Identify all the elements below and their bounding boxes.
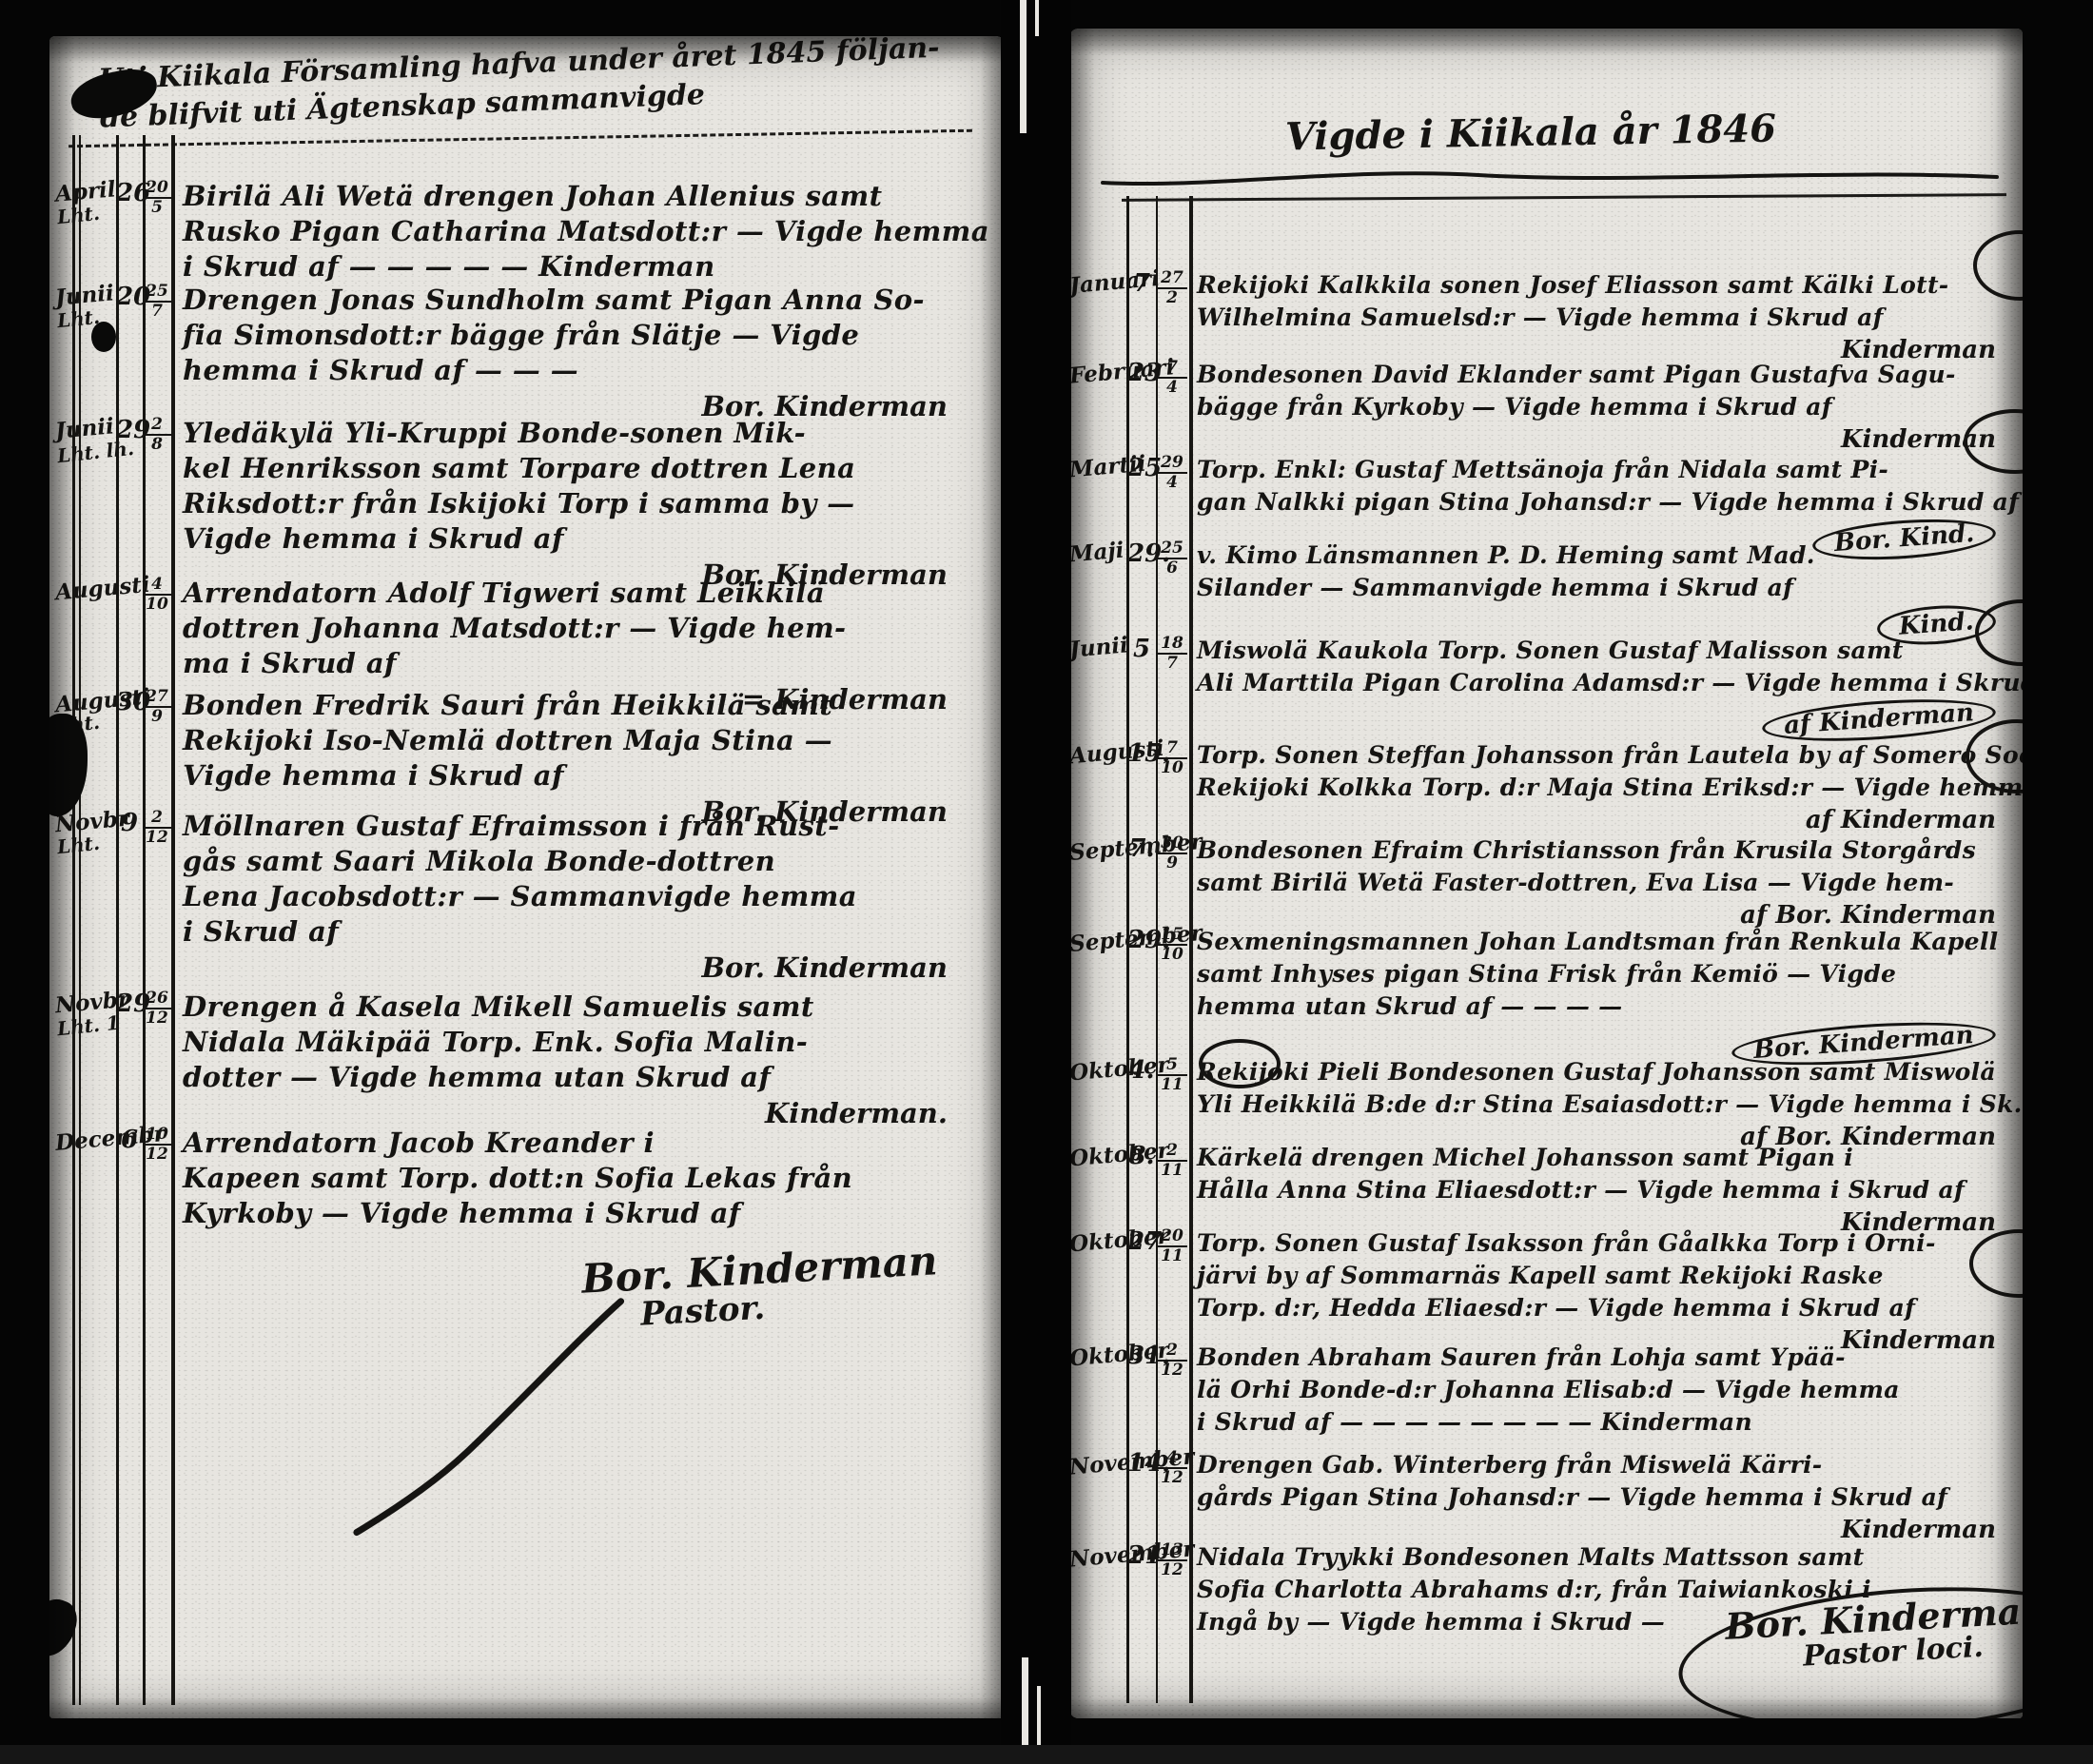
banns-denominator: 6: [1157, 559, 1187, 578]
register-entry: September29.1510Sexmeningsmannen Johan L…: [1069, 926, 2023, 1063]
entry-text-line: Rekijoki Pieli Bondesonen Gustaf Johanss…: [1197, 1056, 2023, 1088]
register-entry: Decembr61012Arrendatorn Jacob Kreander i…: [49, 1126, 1008, 1231]
entry-text-line: kel Henriksson samt Torpare dottren Lena: [183, 451, 999, 486]
entry-text: Bondesonen David Eklander samt Pigan Gus…: [1197, 359, 2023, 423]
entry-banns-date: 1510: [1157, 926, 1187, 964]
banns-numerator: 15: [1157, 926, 1187, 946]
entry-text: Drengen Jonas Sundholm samt Pigan Anna S…: [183, 283, 999, 388]
entry-day: 8.: [1127, 1142, 1156, 1170]
entry-text-line: Nidala Mäkipää Torp. Enk. Sofia Malin-: [183, 1025, 999, 1060]
entry-text: Rekijoki Pieli Bondesonen Gustaf Johanss…: [1197, 1056, 2023, 1121]
entry-text: Bonden Abraham Sauren från Lohja samt Yp…: [1197, 1342, 2023, 1439]
register-entry: NovbrLht. 1292612Drengen å Kasela Mikell…: [49, 990, 1008, 1129]
entry-text-line: gårds Pigan Stina Johansd:r — Vigde hemm…: [1197, 1481, 2023, 1514]
entry-text: Rekijoki Kalkkila sonen Josef Eliasson s…: [1197, 269, 2023, 334]
entry-month-note: Lht.: [56, 832, 101, 859]
entry-text-line: fia Simonsdott:r bägge från Slätje — Vig…: [183, 318, 999, 353]
banns-numerator: 4: [143, 576, 171, 596]
entry-text: Yledäkylä Yli-Kruppi Bonde-sonen Mik-kel…: [183, 416, 999, 557]
entry-day: 25: [1127, 454, 1156, 482]
register-entry: Junii5187Miswolä Kaukola Torp. Sonen Gus…: [1069, 635, 2023, 739]
entry-text-line: Rekijoki Kalkkila sonen Josef Eliasson s…: [1197, 269, 2023, 302]
banns-numerator: 30: [1157, 834, 1187, 854]
entry-text-line: Rekijoki Iso-Nemlä dottren Maja Stina —: [183, 723, 999, 758]
banns-numerator: 25: [143, 283, 171, 303]
entry-signature: Bor. Kinderman: [49, 951, 1008, 984]
banns-denominator: 12: [1157, 1561, 1187, 1579]
entry-text: Birilä Ali Wetä drengen Johan Allenius s…: [183, 179, 999, 284]
entry-banns-date: 511: [1157, 1056, 1187, 1094]
banns-numerator: 27: [1157, 269, 1187, 289]
entry-text-line: samt Birilä Wetä Faster-dottren, Eva Lis…: [1197, 867, 2023, 899]
entry-banns-date: 2011: [1157, 1227, 1187, 1265]
binding-thread: [1020, 0, 1027, 133]
register-entry: Oktober272011Torp. Sonen Gustaf Isaksson…: [1069, 1227, 2023, 1355]
entry-text-line: Arrendatorn Jacob Kreander i: [183, 1126, 999, 1161]
banns-denominator: 11: [1157, 1162, 1187, 1180]
register-scan: Uti Kiikala Församling hafva under året …: [0, 0, 2093, 1764]
entry-banns-date: 412: [1157, 1449, 1187, 1487]
entry-day: 29.: [1127, 926, 1156, 954]
banns-denominator: 12: [143, 829, 171, 847]
register-entry: NovbrLht.9212Möllnaren Gustaf Efraimsson…: [49, 809, 1008, 984]
entry-day: 30: [116, 688, 143, 716]
banns-numerator: 13: [1157, 1541, 1187, 1561]
entry-text-line: järvi by af Sommarnäs Kapell samt Rekijo…: [1197, 1260, 2023, 1292]
entry-text: Kärkelä drengen Michel Johansson samt Pi…: [1197, 1142, 2023, 1206]
entry-day: 31.: [1127, 1342, 1156, 1370]
register-entry: JuniiLht. lh.2928Yledäkylä Yli-Kruppi Bo…: [49, 416, 1008, 591]
entry-text: Drengen Gab. Winterberg från Miswelä Kär…: [1197, 1449, 2023, 1514]
entry-day: 21: [1127, 1541, 1156, 1570]
banns-denominator: 8: [143, 436, 171, 454]
register-entry: AugustiLht.30279Bonden Fredrik Sauri frå…: [49, 688, 1008, 828]
banns-denominator: 4: [1157, 474, 1187, 492]
entry-month: Maji: [1069, 538, 1125, 568]
entry-banns-date: 211: [1157, 1142, 1187, 1180]
entry-banns-date: 1312: [1157, 1541, 1187, 1579]
entry-month-note: Lht.: [56, 202, 101, 229]
ink-flourish: [1199, 1039, 1281, 1088]
entry-day: 29: [116, 416, 143, 444]
entry-text-line: Vigde hemma i Skrud af: [183, 521, 999, 557]
banns-numerator: 2: [1157, 1142, 1187, 1162]
banns-denominator: 10: [1157, 946, 1187, 964]
register-entry: Maji29.256v. Kimo Länsmannen P. D. Hemin…: [1069, 539, 2023, 644]
entry-text-line: gan Nalkki pigan Stina Johansd:r — Vigde…: [1197, 486, 2023, 519]
entry-day: 7: [1127, 269, 1156, 298]
entry-text-line: i Skrud af — — — — — — — — Kinderman: [1197, 1406, 2023, 1439]
ink-blot: [91, 322, 116, 352]
entry-banns-date: 187: [1157, 635, 1187, 673]
entry-month: Augusti: [54, 572, 151, 606]
entry-text-line: Vigde hemma i Skrud af: [183, 758, 999, 794]
entry-text: Torp. Sonen Gustaf Isaksson från Gåalkka…: [1197, 1227, 2023, 1324]
entry-text-line: hemma utan Skrud af — — — —: [1197, 990, 2023, 1023]
entry-day: 7.: [1127, 834, 1156, 863]
entry-text-line: Nidala Tryykki Bondesonen Malts Mattsson…: [1197, 1541, 2023, 1574]
entry-text-line: Bondesonen David Eklander samt Pigan Gus…: [1197, 359, 2023, 391]
entry-text: v. Kimo Länsmannen P. D. Heming samt Mad…: [1197, 539, 2023, 604]
entry-text-line: Arrendatorn Adolf Tigweri samt Leikkilä: [183, 576, 999, 611]
entry-banns-date: 212: [1157, 1342, 1187, 1380]
entry-signature: af Kinderman: [1069, 806, 2023, 834]
register-entry: Oktober31.212Bonden Abraham Sauren från …: [1069, 1342, 2023, 1439]
entry-day: 29.: [1127, 539, 1156, 568]
scan-edge: [0, 1745, 2093, 1764]
entry-text-line: Yli Heikkilä B:de d:r Stina Esaiasdott:r…: [1197, 1088, 2023, 1121]
entry-signature: Kinderman.: [49, 1097, 1008, 1129]
entry-text-line: bägge från Kyrkoby — Vigde hemma i Skrud…: [1197, 391, 2023, 423]
banns-numerator: 5: [1157, 1056, 1187, 1076]
banns-denominator: 10: [143, 596, 171, 614]
entry-banns-date: 279: [143, 688, 171, 726]
entry-text: Arrendatorn Adolf Tigweri samt Leikkiläd…: [183, 576, 999, 681]
entry-text-line: Riksdott:r från Iskijoki Torp i samma by…: [183, 486, 999, 521]
entry-text-line: Möllnaren Gustaf Efraimsson i från Rust-: [183, 809, 999, 844]
banns-numerator: 27: [143, 688, 171, 708]
entry-text-line: Ali Marttila Pigan Carolina Adamsd:r — V…: [1197, 667, 2023, 699]
banns-denominator: 12: [143, 1009, 171, 1028]
entry-text: Sexmeningsmannen Johan Landtsman från Re…: [1197, 926, 2023, 1023]
banns-denominator: 2: [1157, 289, 1187, 307]
register-entry: Oktober8.211Kärkelä drengen Michel Johan…: [1069, 1142, 2023, 1237]
entry-signature: Kinderman: [1069, 425, 2023, 454]
banns-denominator: 11: [1157, 1076, 1187, 1094]
entry-day: 14.: [1127, 1449, 1156, 1478]
entry-text-line: Miswolä Kaukola Torp. Sonen Gustaf Malis…: [1197, 635, 2023, 667]
entry-text: Drengen å Kasela Mikell Samuelis samtNid…: [183, 990, 999, 1095]
entry-banns-date: 74: [1157, 359, 1187, 397]
banns-numerator: 4: [1157, 1449, 1187, 1469]
register-entry: Februari2374Bondesonen David Eklander sa…: [1069, 359, 2023, 454]
entry-banns-date: 294: [1157, 454, 1187, 492]
entry-text-line: hemma i Skrud af — — —: [183, 353, 999, 388]
entry-text-line: Kyrkoby — Vigde hemma i Skrud af: [183, 1196, 999, 1231]
banns-denominator: 5: [143, 199, 171, 217]
register-entry: November14.412Drengen Gab. Winterberg fr…: [1069, 1449, 2023, 1544]
entry-text-line: ma i Skrud af: [183, 646, 999, 681]
register-entry: September7.309Bondesonen Efraim Christia…: [1069, 834, 2023, 930]
entry-text-line: Wilhelmina Samuelsd:r — Vigde hemma i Sk…: [1197, 302, 2023, 334]
banns-denominator: 9: [1157, 854, 1187, 872]
entry-text-line: lä Orhi Bonde-d:r Johanna Elisab:d — Vig…: [1197, 1374, 2023, 1406]
banns-denominator: 10: [1157, 759, 1187, 777]
right-page-entries: Januari7272Rekijoki Kalkkila sonen Josef…: [1069, 29, 2023, 1718]
entry-text-line: Bonden Fredrik Sauri från Heikkilä samt: [183, 688, 999, 723]
banns-denominator: 7: [143, 303, 171, 321]
entry-month: Junii: [1069, 632, 1129, 662]
register-entry: Augusti15.710Torp. Sonen Steffan Johanss…: [1069, 739, 2023, 834]
entry-text-line: Sexmeningsmannen Johan Landtsman från Re…: [1197, 926, 2023, 958]
entry-day: 6: [116, 1126, 143, 1154]
entry-text-line: Drengen å Kasela Mikell Samuelis samt: [183, 990, 999, 1025]
banns-numerator: 7: [1157, 359, 1187, 379]
banns-numerator: 20: [143, 179, 171, 199]
banns-numerator: 2: [143, 809, 171, 829]
entry-text: Bonden Fredrik Sauri från Heikkilä samtR…: [183, 688, 999, 794]
entry-banns-date: 256: [1157, 539, 1187, 578]
right-page: Vigde i Kiikala år 1846 Januari7272Rekij…: [1069, 29, 2023, 1718]
banns-numerator: 25: [1157, 539, 1187, 559]
entry-banns-date: 710: [1157, 739, 1187, 777]
banns-numerator: 20: [1157, 1227, 1187, 1247]
banns-denominator: 4: [1157, 379, 1187, 397]
entry-day: 20: [116, 283, 143, 311]
banns-numerator: 10: [143, 1126, 171, 1146]
entry-day: 5: [1127, 635, 1156, 663]
banns-denominator: 9: [143, 708, 171, 726]
entry-text-line: v. Kimo Länsmannen P. D. Heming samt Mad…: [1197, 539, 2023, 572]
entry-day: 9: [116, 809, 143, 837]
entry-text: Torp. Enkl: Gustaf Mettsänoja från Nidal…: [1197, 454, 2023, 519]
banns-denominator: 12: [1157, 1362, 1187, 1380]
banns-denominator: 7: [1157, 655, 1187, 673]
entry-text-line: Torp. Sonen Steffan Johansson från Laute…: [1197, 739, 2023, 772]
signature-flourish-icon: [335, 1282, 652, 1544]
entry-text-line: Kärkelä drengen Michel Johansson samt Pi…: [1197, 1142, 2023, 1174]
entry-text-line: Bonden Abraham Sauren från Lohja samt Yp…: [1197, 1342, 2023, 1374]
banns-numerator: 18: [1157, 635, 1187, 655]
entry-banns-date: 309: [1157, 834, 1187, 872]
entry-text-line: Torp. Enkl: Gustaf Mettsänoja från Nidal…: [1197, 454, 2023, 486]
entry-text-line: Torp. d:r, Hedda Eliaesd:r — Vigde hemma…: [1197, 1292, 2023, 1324]
entry-text-line: Bondesonen Efraim Christiansson från Kru…: [1197, 834, 2023, 867]
entry-text-line: Rusko Pigan Catharina Matsdott:r — Vigde…: [183, 214, 999, 249]
entry-banns-date: 1012: [143, 1126, 171, 1164]
entry-text-line: Drengen Jonas Sundholm samt Pigan Anna S…: [183, 283, 999, 318]
entry-text: Torp. Sonen Steffan Johansson från Laute…: [1197, 739, 2023, 804]
entry-text-line: Lena Jacobsdott:r — Sammanvigde hemma: [183, 879, 999, 914]
binding-thread: [1035, 0, 1039, 36]
entry-text: Arrendatorn Jacob Kreander iKapeen samt …: [183, 1126, 999, 1231]
entry-banns-date: 257: [143, 283, 171, 321]
banns-denominator: 12: [1157, 1469, 1187, 1487]
entry-text-line: dotter — Vigde hemma utan Skrud af: [183, 1060, 999, 1095]
entry-banns-date: 212: [143, 809, 171, 847]
entry-text: Miswolä Kaukola Torp. Sonen Gustaf Malis…: [1197, 635, 2023, 699]
entry-text-line: i Skrud af: [183, 914, 999, 950]
entry-banns-date: 272: [1157, 269, 1187, 307]
entry-text-line: Torp. Sonen Gustaf Isaksson från Gåalkka…: [1197, 1227, 2023, 1260]
entry-text-line: Rekijoki Kolkka Torp. d:r Maja Stina Eri…: [1197, 772, 2023, 804]
entry-text-line: Drengen Gab. Winterberg från Miswelä Kär…: [1197, 1449, 2023, 1481]
banns-numerator: 2: [143, 416, 171, 436]
entry-day: 15.: [1127, 739, 1156, 768]
entry-day: 23: [1127, 359, 1156, 387]
entry-text-line: Silander — Sammanvigde hemma i Skrud af: [1197, 572, 2023, 604]
banns-numerator: 7: [1157, 739, 1187, 759]
entry-text-line: Birilä Ali Wetä drengen Johan Allenius s…: [183, 179, 999, 214]
entry-day: 4.: [1127, 1056, 1156, 1085]
entry-text-line: dottren Johanna Matsdott:r — Vigde hem-: [183, 611, 999, 646]
entry-text-line: Yledäkylä Yli-Kruppi Bonde-sonen Mik-: [183, 416, 999, 451]
entry-banns-date: 2612: [143, 990, 171, 1028]
entry-text-line: gås samt Saari Mikola Bonde-dottren: [183, 844, 999, 879]
banns-numerator: 26: [143, 990, 171, 1009]
banns-denominator: 11: [1157, 1247, 1187, 1265]
entry-day: 27: [1127, 1227, 1156, 1256]
entry-banns-date: 28: [143, 416, 171, 454]
entry-text: Möllnaren Gustaf Efraimsson i från Rust-…: [183, 809, 999, 950]
book-spine: [1001, 0, 1071, 1764]
entry-signature: af Kinderman: [1069, 701, 2023, 739]
entry-text-line: Kapeen samt Torp. dott:n Sofia Lekas frå…: [183, 1161, 999, 1196]
banns-numerator: 29: [1157, 454, 1187, 474]
entry-signature: Kinderman: [1069, 1516, 2023, 1544]
entry-banns-date: 205: [143, 179, 171, 217]
register-entry: JuniiLht.20257Drengen Jonas Sundholm sam…: [49, 283, 1008, 422]
entry-text-line: i Skrud af — — — — — Kinderman: [183, 249, 999, 284]
entry-text-line: samt Inhyses pigan Stina Frisk från Kemi…: [1197, 958, 2023, 990]
register-entry: Januari7272Rekijoki Kalkkila sonen Josef…: [1069, 269, 2023, 364]
entry-text: Bondesonen Efraim Christiansson från Kru…: [1197, 834, 2023, 899]
entry-banns-date: 410: [143, 576, 171, 614]
register-entry: AprilLht.26205Birilä Ali Wetä drengen Jo…: [49, 179, 1008, 284]
banns-numerator: 2: [1157, 1342, 1187, 1362]
entry-day: 29: [116, 990, 143, 1018]
banns-denominator: 12: [143, 1146, 171, 1164]
entry-text-line: Hålla Anna Stina Eliaesdott:r — Vigde he…: [1197, 1174, 2023, 1206]
entry-day: 26: [116, 179, 143, 207]
left-page: Uti Kiikala Församling hafva under året …: [49, 36, 1008, 1718]
